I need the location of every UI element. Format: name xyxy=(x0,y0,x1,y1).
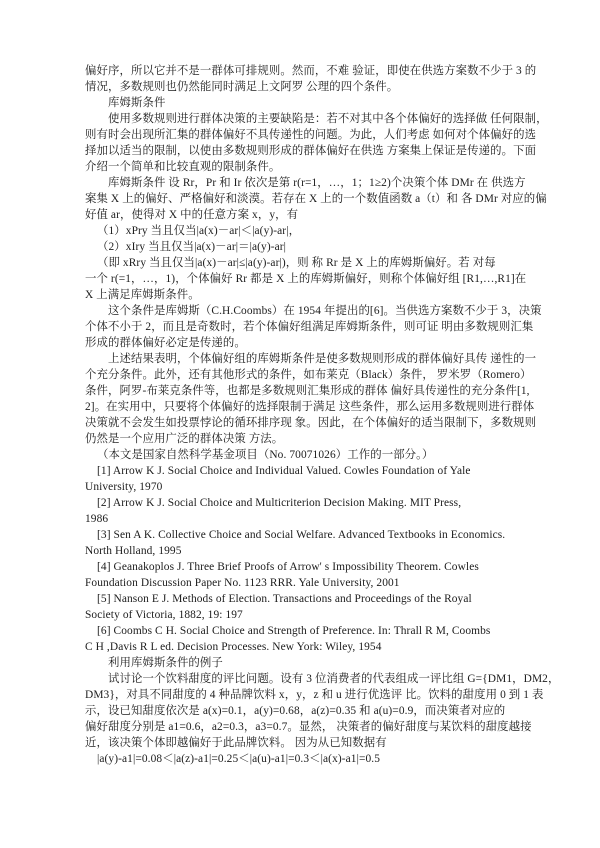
text-line: University, 1970 xyxy=(85,479,519,495)
text-line: 决策就不会发生如投票悖论的循环排序现 象。因此，在个体偏好的适当限制下，多数规则 xyxy=(85,415,519,431)
text-line: 好值 ar，使得对 X 中的任意方案 x，y，有 xyxy=(85,207,519,223)
text-line: [2] Arrow K J. Social Choice and Multicr… xyxy=(85,495,519,511)
text-line: 一个 r(=1，…，1)，个体偏好 Rr 都是 X 上的库姆斯偏好，则称个体偏好… xyxy=(85,271,519,287)
text-line: [6] Coombs C H. Social Choice and Streng… xyxy=(85,623,519,639)
text-line: 偏好序，所以它并不是一群体可排规则。然而，不难 验证，即使在供选方案数不少于 3… xyxy=(85,63,519,79)
text-line: 这个条件是库姆斯（C.H.Coombs）在 1954 年提出的[6]。当供选方案… xyxy=(85,303,519,319)
text-line: 个充分条件。此外，还有其他形式的条件，如布莱克（Black）条件， 罗米罗（Ro… xyxy=(85,367,519,383)
text-line: 仍然是一个应用广泛的群体决策 方法。 xyxy=(85,431,519,447)
text-line: （2）xIry 当且仅当|a(x)－ar|＝|a(y)-ar| xyxy=(85,239,519,255)
text-line: X 上满足库姆斯条件。 xyxy=(85,287,519,303)
text-line: 则有时会出现所汇集的群体偏好不具传递性的问题。为此，人们考虑 如何对个体偏好的选 xyxy=(85,127,519,143)
text-line: 示，设已知甜度依次是 a(x)=0.1，a(y)=0.68，a(z)=0.35 … xyxy=(85,703,519,719)
text-line: 1986 xyxy=(85,511,519,527)
text-line: 案集 X 上的偏好、严格偏好和淡漠。若存在 X 上的一个数值函数 a（t）和 各… xyxy=(85,191,519,207)
text-line: [5] Nanson E J. Methods of Election. Tra… xyxy=(85,591,519,607)
text-line: 形成的群体偏好必定是传递的。 xyxy=(85,335,519,351)
text-line: 近，该决策个体即越偏好于此品牌饮料。 因为从已知数据有 xyxy=(85,735,519,751)
text-line: [4] Geanakoplos J. Three Brief Proofs of… xyxy=(85,559,519,575)
text-line: 情况，多数规则也仍然能同时满足上文阿罗 公理的四个条件。 xyxy=(85,79,519,95)
text-line: 使用多数规则进行群体决策的主要缺陷是：若不对其中各个体偏好的选择做 任何限制， xyxy=(85,111,519,127)
text-line: 个体不小于 2，而且是奇数时，若个体偏好组满足库姆斯条件，则可证 明由多数规则汇… xyxy=(85,319,519,335)
text-line: 库姆斯条件 xyxy=(85,95,519,111)
text-line: Society of Victoria, 1882, 19: 197 xyxy=(85,607,519,623)
text-line: （即 xRry 当且仅当|a(x)－ar|≤|a(y)-ar|)，则 称 Rr … xyxy=(85,255,519,271)
text-line: 上述结果表明，个体偏好组的库姆斯条件是使多数规则形成的群体偏好具传 递性的一 xyxy=(85,351,519,367)
document-text-column: 偏好序，所以它并不是一群体可排规则。然而，不难 验证，即使在供选方案数不少于 3… xyxy=(85,63,519,767)
text-line: North Holland, 1995 xyxy=(85,543,519,559)
text-line: 库姆斯条件 设 Rr，Pr 和 Ir 依次是第 r(r=1，…，1；1≥2)个决… xyxy=(85,175,519,191)
text-line: [3] Sen A K. Collective Choice and Socia… xyxy=(85,527,519,543)
text-line: [1] Arrow K J. Social Choice and Individ… xyxy=(85,463,519,479)
text-line: 试讨论一个饮料甜度的评比问题。设有 3 位消费者的代表组成一评比组 G={DM1… xyxy=(85,671,519,687)
text-line: 介绍一个简单和比较直观的限制条件。 xyxy=(85,159,519,175)
text-line: DM3}，对具不同甜度的 4 种品牌饮料 x，y，z 和 u 进行优选评 比。饮… xyxy=(85,687,519,703)
text-line: |a(y)-a1|=0.08＜|a(z)-a1|=0.25＜|a(u)-a1|=… xyxy=(85,751,519,767)
text-line: （1）xPry 当且仅当|a(x)－ar|＜|a(y)-ar|， xyxy=(85,223,519,239)
text-line: 条件，阿罗-布莱克条件等，也都是多数规则汇集形成的群体 偏好具传递性的充分条件[… xyxy=(85,383,519,399)
text-line: 2]。在实用中，只要将个体偏好的选择限制于满足 这些条件，那么运用多数规则进行群… xyxy=(85,399,519,415)
text-line: Foundation Discussion Paper No. 1123 RRR… xyxy=(85,575,519,591)
text-line: 偏好甜度分别是 a1=0.6，a2=0.3，a3=0.7。显然， 决策者的偏好甜… xyxy=(85,719,519,735)
text-line: 择加以适当的限制，以使由多数规则形成的群体偏好在供选 方案集上保证是传递的。下面 xyxy=(85,143,519,159)
text-line: 利用库姆斯条件的例子 xyxy=(85,655,519,671)
text-line: （本文是国家自然科学基金项目（No. 70071026）工作的一部分。） xyxy=(85,447,519,463)
document-page: 偏好序，所以它并不是一群体可排规则。然而，不难 验证，即使在供选方案数不少于 3… xyxy=(0,0,600,848)
text-line: C H ,Davis R L ed. Decision Processes. N… xyxy=(85,639,519,655)
